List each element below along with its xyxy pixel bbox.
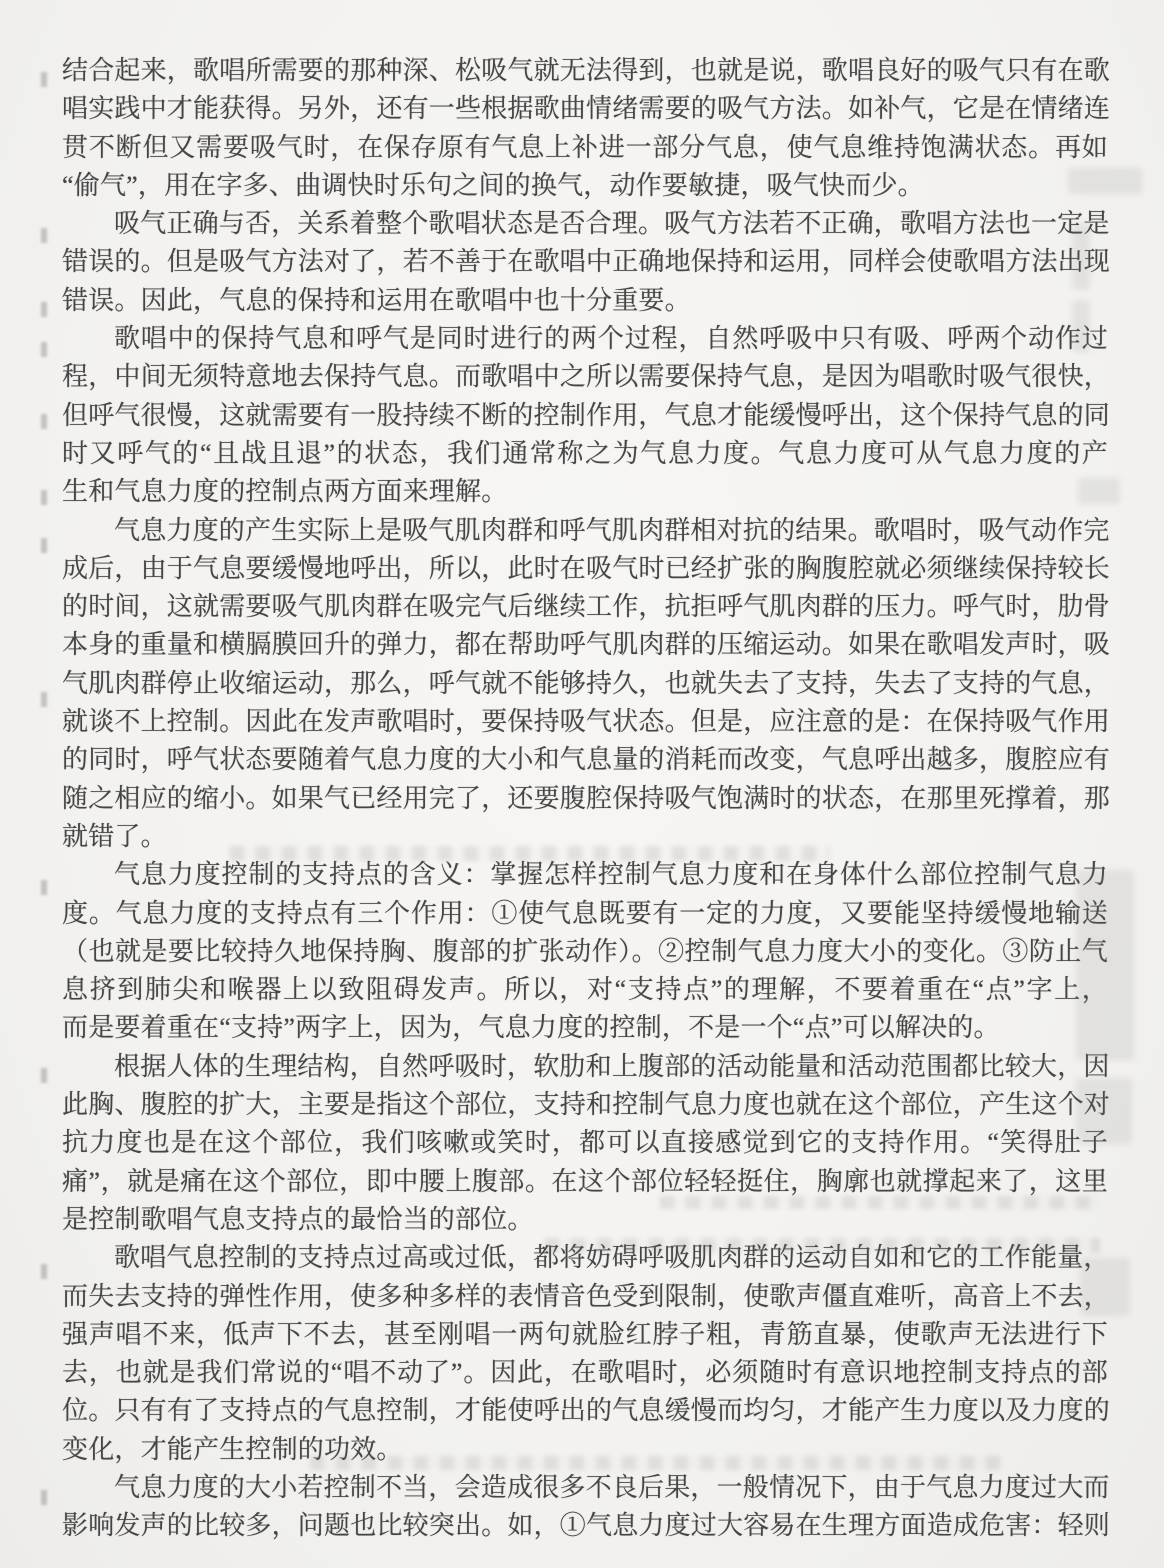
text-line: 吸气正确与否，关系着整个歌唱状态是否合理。吸气方法若不正确，歌唱方法也一定是	[62, 205, 1108, 243]
text-line: 位。只有有了支持点的气息控制，才能使呼出的气息缓慢而均匀，才能产生力度以及力度的	[62, 1392, 1108, 1430]
text-line: 度。气息力度的支持点有三个作用：①使气息既要有一定的力度，又要能坚持缓慢地输送	[62, 895, 1108, 933]
text-line: 歌唱中的保持气息和呼气是同时进行的两个过程，自然呼吸中只有吸、呼两个动作过	[62, 320, 1108, 358]
body-text: 结合起来，歌唱所需要的那种深、松吸气就无法得到，也就是说，歌唱良好的吸气只有在歌…	[62, 52, 1108, 1546]
scan-artifact	[41, 414, 47, 429]
scan-artifact	[41, 72, 47, 87]
scan-artifact	[41, 228, 47, 243]
text-line: 唱实践中才能获得。另外，还有一些根据歌曲情绪需要的吸气方法。如补气，它是在情绪连	[62, 90, 1108, 128]
scan-artifact	[41, 1264, 47, 1279]
scan-artifact	[41, 538, 47, 553]
text-line: 强声唱不来，低声下不去，甚至刚唱一两句就脸红脖子粗，青筋直暴，使歌声无法进行下	[62, 1316, 1108, 1354]
text-line: 就谈不上控制。因此在发声歌唱时，要保持吸气状态。但是，应注意的是：在保持吸气作用	[62, 703, 1108, 741]
text-line: 是控制歌唱气息支持点的最恰当的部位。	[62, 1201, 1108, 1239]
text-line: 本身的重量和横膈膜回升的弹力，都在帮助呼气肌肉群的压缩运动。如果在歌唱发声时，吸	[62, 626, 1108, 664]
text-line: 错误的。但是吸气方法对了，若不善于在歌唱中正确地保持和运用，同样会使歌唱方法出现	[62, 243, 1108, 281]
text-line: 气肌肉群停止收缩运动，那么，呼气就不能够持久，也就失去了支持，失去了支持的气息，	[62, 665, 1108, 703]
text-line: 成后，由于气息要缓慢地呼出，所以，此时在吸气时已经扩张的胸腹腔就必须继续保持较长	[62, 550, 1108, 588]
text-line: 错误。因此，气息的保持和运用在歌唱中也十分重要。	[62, 282, 1108, 320]
text-line: 就错了。	[62, 818, 1108, 856]
text-line: 的时间，这就需要吸气肌肉群在吸完气后继续工作，抗拒呼气肌肉群的压力。呼气时，肋骨	[62, 588, 1108, 626]
scanned-page: 结合起来，歌唱所需要的那种深、松吸气就无法得到，也就是说，歌唱良好的吸气只有在歌…	[0, 0, 1164, 1568]
text-line: 影响发声的比较多，问题也比较突出。如，①气息力度过大容易在生理方面造成危害：轻则	[62, 1507, 1108, 1545]
text-line: （也就是要比较持久地保持胸、腹部的扩张动作）。②控制气息力度大小的变化。③防止气	[62, 933, 1108, 971]
text-line: “偷气”，用在字多、曲调快时乐句之间的换气，动作要敏捷，吸气快而少。	[62, 167, 1108, 205]
text-line: 程，中间无须特意地去保持气息。而歌唱中之所以需要保持气息，是因为唱歌时吸气很快，	[62, 358, 1108, 396]
text-line: 结合起来，歌唱所需要的那种深、松吸气就无法得到，也就是说，歌唱良好的吸气只有在歌	[62, 52, 1108, 90]
text-line: 抗力度也是在这个部位，我们咳嗽或笑时，都可以直接感觉到它的支持作用。“笑得肚子	[62, 1124, 1108, 1162]
text-line: 生和气息力度的控制点两方面来理解。	[62, 473, 1108, 511]
text-line: 的同时，呼气状态要随着气息力度的大小和气息量的消耗而改变，气息呼出越多，腹腔应有	[62, 741, 1108, 779]
text-line: 息挤到肺尖和喉器上以致阻碍发声。所以，对“支持点”的理解，不要着重在“点”字上，	[62, 971, 1108, 1009]
text-line: 根据人体的生理结构，自然呼吸时，软肋和上腹部的活动能量和活动范围都比较大，因	[62, 1048, 1108, 1086]
text-line: 此胸、腹腔的扩大，主要是指这个部位，支持和控制气息力度也就在这个部位，产生这个对	[62, 1086, 1108, 1124]
text-line: 但呼气很慢，这就需要有一股持续不断的控制作用，气息才能缓慢呼出，这个保持气息的同	[62, 397, 1108, 435]
text-line: 时又呼气的“且战且退”的状态，我们通常称之为气息力度。气息力度可从气息力度的产	[62, 435, 1108, 473]
text-line: 歌唱气息控制的支持点过高或过低，都将妨碍呼吸肌肉群的运动自如和它的工作能量，	[62, 1239, 1108, 1277]
text-line: 而是要着重在“支持”两字上，因为，气息力度的控制，不是一个“点”可以解决的。	[62, 1009, 1108, 1047]
text-line: 气息力度的产生实际上是吸气肌肉群和呼气肌肉群相对抗的结果。歌唱时，吸气动作完	[62, 512, 1108, 550]
text-line: 气息力度的大小若控制不当，会造成很多不良后果，一般情况下，由于气息力度过大而	[62, 1469, 1108, 1507]
text-line: 去，也就是我们常说的“唱不动了”。因此，在歌唱时，必须随时有意识地控制支持点的部	[62, 1354, 1108, 1392]
text-line: 贯不断但又需要吸气时，在保存原有气息上补进一部分气息，使气息维持饱满状态。再如	[62, 129, 1108, 167]
scan-artifact	[41, 342, 47, 357]
scan-artifact	[41, 880, 47, 895]
text-line: 随之相应的缩小。如果气已经用完了，还要腹腔保持吸气饱满时的状态，在那里死撑着，那	[62, 780, 1108, 818]
text-line: 变化，才能产生控制的功效。	[62, 1431, 1108, 1469]
text-line: 而失去支持的弹性作用，使多种多样的表情音色受到限制，使歌声僵直难听，高音上不去，	[62, 1278, 1108, 1316]
scan-artifact	[41, 490, 47, 505]
scan-artifact	[41, 1490, 47, 1505]
text-line: 痛”，就是痛在这个部位，即中腰上腹部。在这个部位轻轻挺住，胸廓也就撑起来了，这里	[62, 1163, 1108, 1201]
scan-artifact	[41, 1068, 47, 1083]
scan-artifact	[41, 692, 47, 707]
text-line: 气息力度控制的支持点的含义：掌握怎样控制气息力度和在身体什么部位控制气息力	[62, 856, 1108, 894]
scan-artifact	[41, 302, 47, 317]
